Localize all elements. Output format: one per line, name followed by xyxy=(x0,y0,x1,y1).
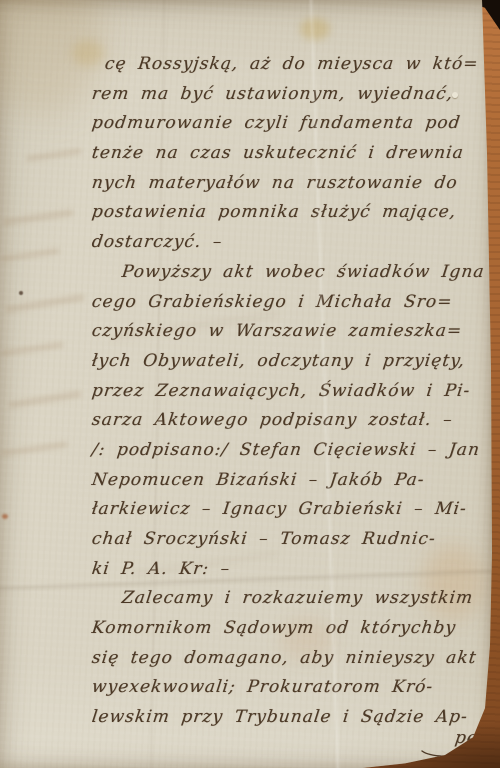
manuscript-line: ki P. A. Kr: – xyxy=(90,555,490,585)
manuscript-line: nych materyałów na rusztowanie do xyxy=(90,169,490,199)
manuscript-line: tenże na czas uskutecznić i drewnia xyxy=(90,139,490,169)
manuscript-line: postawienia pomnika służyć mające, xyxy=(90,198,490,228)
manuscript-line: rem ma być ustawionym, wyiednać, xyxy=(90,80,490,110)
manuscript-text-block: cę Rossyjską, aż do mieysca w któ= rem m… xyxy=(90,50,486,733)
manuscript-line: czyńskiego w Warszawie zamieszka= xyxy=(90,317,490,347)
manuscript-line: przez Zeznawaiących, Świadków i Pi- xyxy=(90,377,490,407)
verso-showthrough xyxy=(5,294,85,313)
rust-speck xyxy=(2,514,8,519)
paper-stain xyxy=(300,18,330,40)
verso-showthrough xyxy=(0,441,68,456)
manuscript-page: cę Rossyjską, aż do mieysca w któ= rem m… xyxy=(0,0,500,768)
verso-showthrough xyxy=(0,248,60,262)
manuscript-line: dostarczyć. – xyxy=(90,228,490,258)
manuscript-line: łych Obywateli, odczytany i przyięty, xyxy=(90,347,490,377)
manuscript-line: się tego domagano, aby ninieyszy akt xyxy=(90,644,490,674)
manuscript-line: sarza Aktowego podpisany został. – xyxy=(90,406,490,436)
manuscript-line: Nepomucen Bizański – Jakób Pa- xyxy=(90,466,490,496)
manuscript-line: cę Rossyjską, aż do mieysca w któ= xyxy=(90,50,490,80)
verso-showthrough xyxy=(0,342,64,357)
manuscript-line: cego Grabieńskiego i Michała Sro= xyxy=(90,288,490,318)
verso-showthrough xyxy=(26,148,82,162)
manuscript-line: łarkiewicz – Ignacy Grabieński – Mi- xyxy=(90,495,490,525)
manuscript-line: wyexekwowali; Prokuratorom Kró- xyxy=(90,673,490,703)
manuscript-line: Komornikom Sądowym od którychby xyxy=(90,614,490,644)
manuscript-line: Zalecamy i rozkazuiemy wszystkim xyxy=(90,584,490,614)
verso-showthrough xyxy=(2,209,74,226)
manuscript-line: /: podpisano:/ Stefan Cięciewski – Jan xyxy=(90,436,490,466)
manuscript-line: chał Sroczyński – Tomasz Rudnic- xyxy=(90,525,490,555)
manuscript-line: Powyższy akt wobec świadków Igna xyxy=(90,258,490,288)
photo-frame: cę Rossyjską, aż do mieysca w któ= rem m… xyxy=(0,0,500,768)
ink-speck xyxy=(19,291,23,295)
verso-showthrough xyxy=(8,390,82,408)
manuscript-line: podmurowanie czyli fundamenta pod xyxy=(90,109,490,139)
